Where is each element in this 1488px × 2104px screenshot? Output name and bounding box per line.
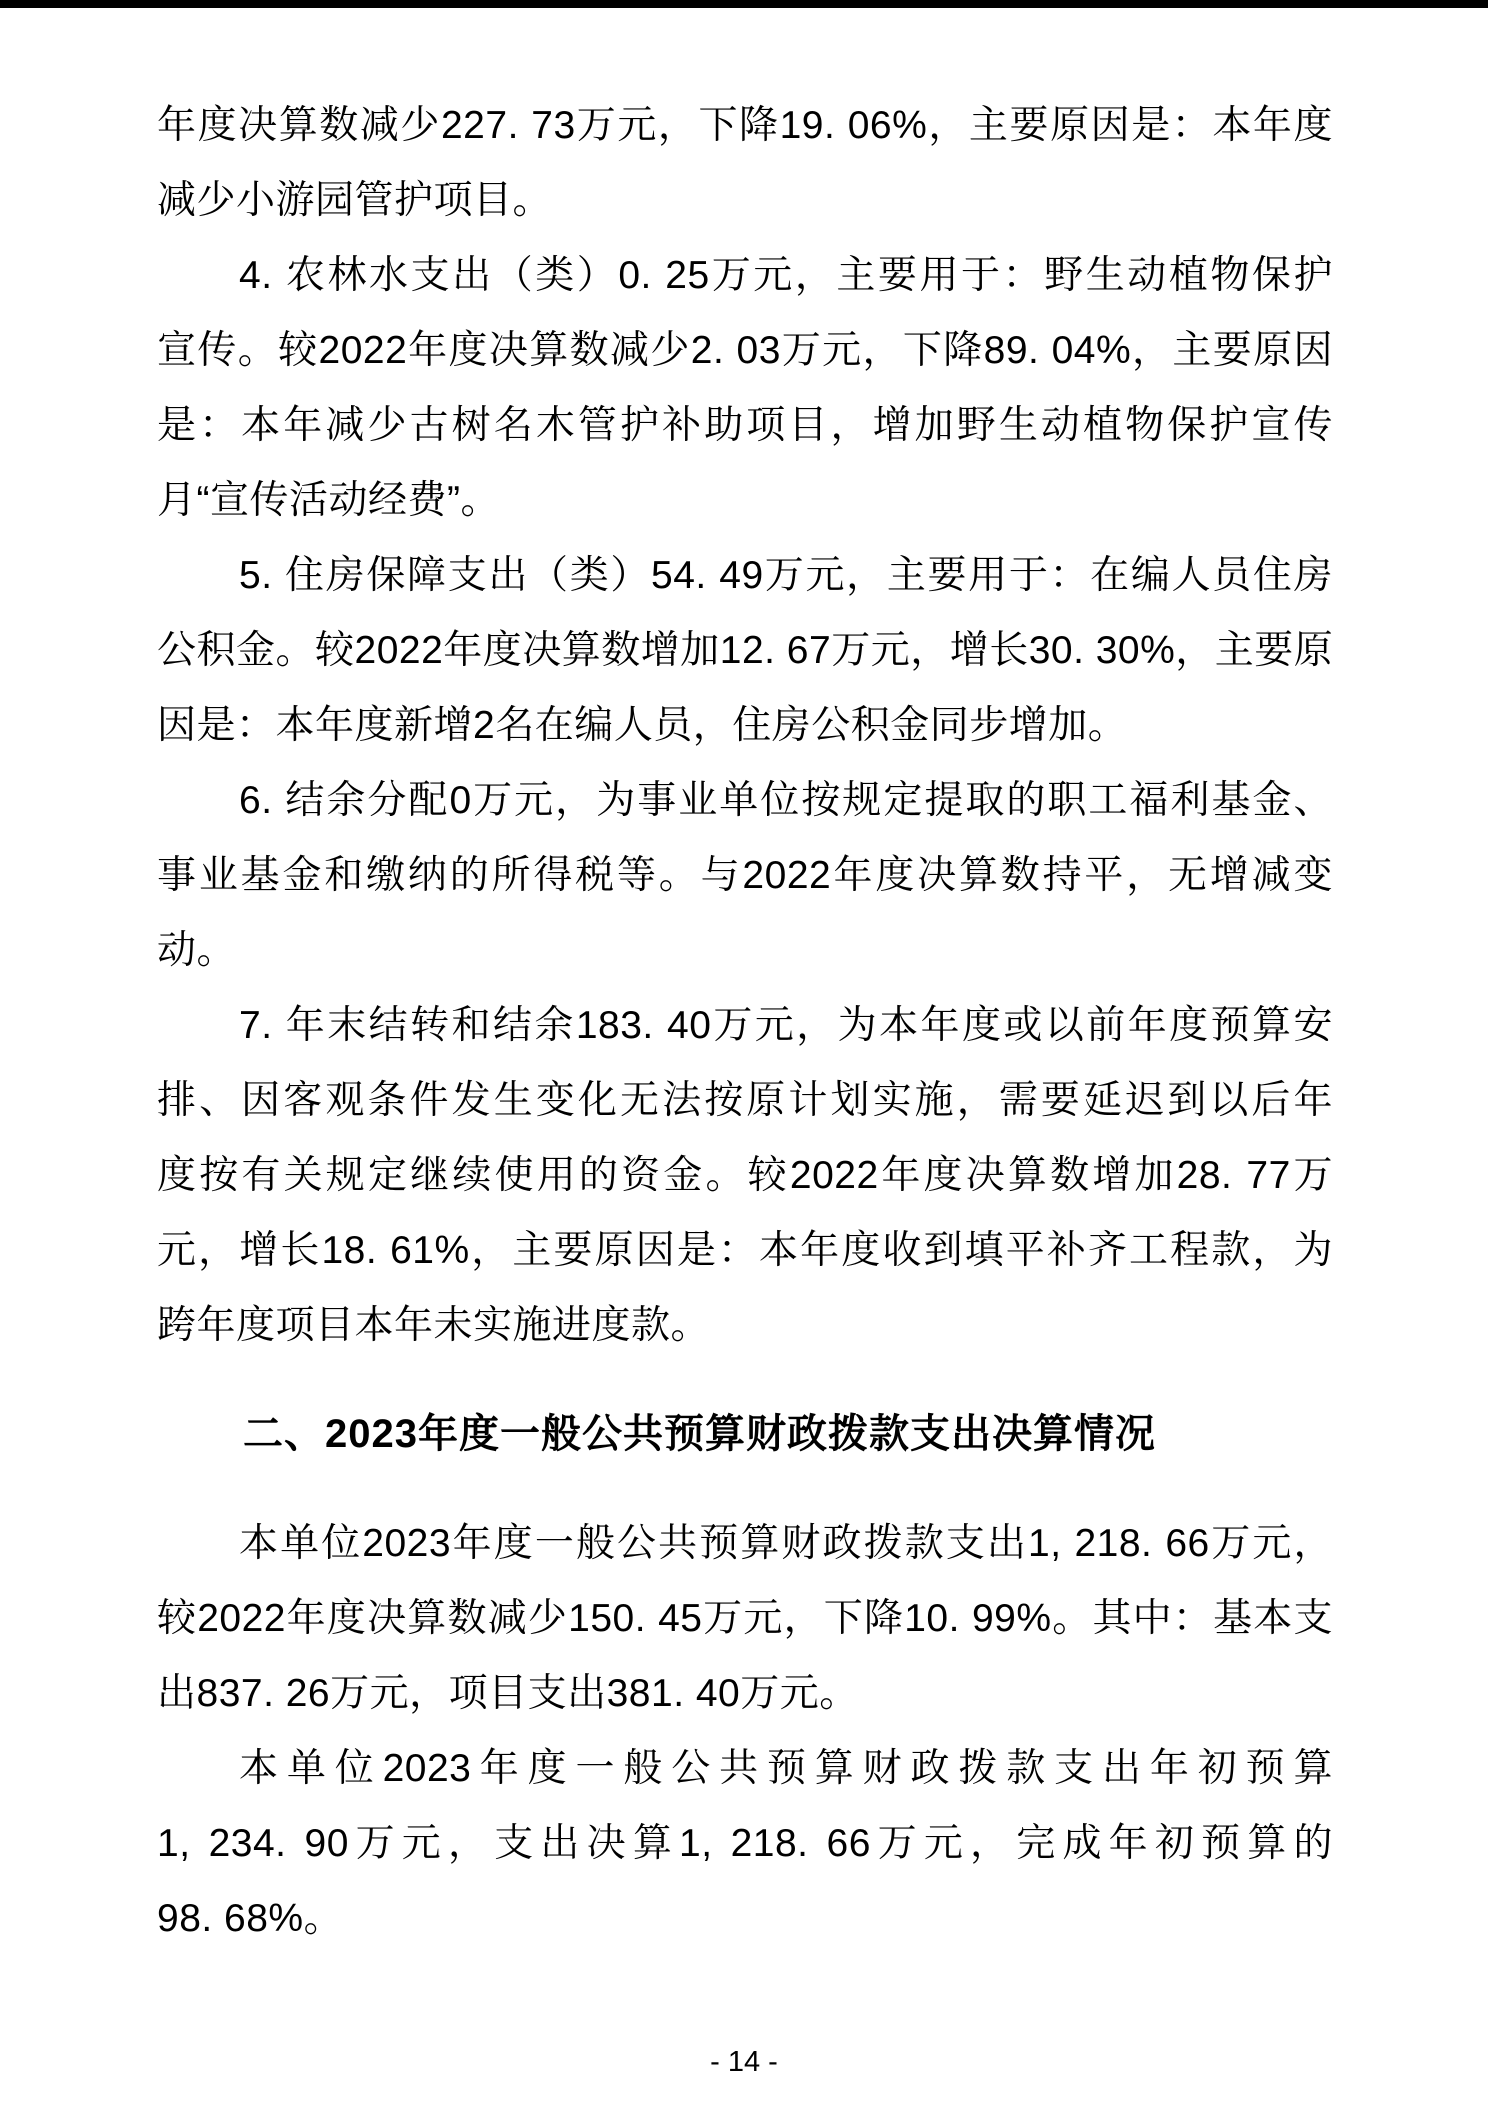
text-line: 4. 农林水支出（类）0. 25万元，主要用于：野生动植物保护	[157, 238, 1333, 313]
text-line: 公积金。较2022年度决算数增加12. 67万元，增长30. 30%，主要原	[157, 613, 1333, 688]
text-line: 1, 234. 90万元，支出决算1, 218. 66万元，完成年初预算的	[157, 1806, 1333, 1881]
text-line: 月“宣传活动经费”。	[157, 463, 1333, 538]
text-line: 98. 68%。	[157, 1881, 1333, 1956]
text-line: 7. 年末结转和结余183. 40万元，为本年度或以前年度预算安	[157, 988, 1333, 1063]
text-line: 出837. 26万元，项目支出381. 40万元。	[157, 1656, 1333, 1731]
paragraph: 4. 农林水支出（类）0. 25万元，主要用于：野生动植物保护宣传。较2022年…	[157, 238, 1333, 538]
text-line: 6. 结余分配0万元，为事业单位按规定提取的职工福利基金、	[157, 763, 1333, 838]
paragraph: 6. 结余分配0万元，为事业单位按规定提取的职工福利基金、事业基金和缴纳的所得税…	[157, 763, 1333, 988]
document-body: 年度决算数减少227. 73万元，下降19. 06%，主要原因是：本年度减少小游…	[157, 88, 1333, 1956]
text-line: 5. 住房保障支出（类）54. 49万元，主要用于：在编人员住房	[157, 538, 1333, 613]
text-line: 动。	[157, 913, 1333, 988]
text-line: 本单位2023年度一般公共预算财政拨款支出1, 218. 66万元，	[157, 1506, 1333, 1581]
text-line: 因是：本年度新增2名在编人员，住房公积金同步增加。	[157, 688, 1333, 763]
paragraph: 5. 住房保障支出（类）54. 49万元，主要用于：在编人员住房公积金。较202…	[157, 538, 1333, 763]
text-line: 事业基金和缴纳的所得税等。与2022年度决算数持平，无增减变	[157, 838, 1333, 913]
paragraph: 7. 年末结转和结余183. 40万元，为本年度或以前年度预算安排、因客观条件发…	[157, 988, 1333, 1363]
text-line: 排、因客观条件发生变化无法按原计划实施，需要延迟到以后年	[157, 1063, 1333, 1138]
text-line: 年度决算数减少227. 73万元，下降19. 06%，主要原因是：本年度	[157, 88, 1333, 163]
page-number: - 14 -	[710, 2046, 778, 2078]
text-line: 较2022年度决算数减少150. 45万元，下降10. 99%。其中：基本支	[157, 1581, 1333, 1656]
document-page: 年度决算数减少227. 73万元，下降19. 06%，主要原因是：本年度减少小游…	[0, 0, 1488, 2104]
text-line: 减少小游园管护项目。	[157, 163, 1333, 238]
text-line: 宣传。较2022年度决算数减少2. 03万元，下降89. 04%，主要原因	[157, 313, 1333, 388]
text-line: 跨年度项目本年未实施进度款。	[157, 1288, 1333, 1363]
text-line: 是：本年减少古树名木管护补助项目，增加野生动植物保护宣传	[157, 388, 1333, 463]
text-line: 元，增长18. 61%，主要原因是：本年度收到填平补齐工程款，为	[157, 1213, 1333, 1288]
paragraph: 年度决算数减少227. 73万元，下降19. 06%，主要原因是：本年度减少小游…	[157, 88, 1333, 238]
paragraph: 本单位2023年度一般公共预算财政拨款支出年初预算1, 234. 90万元，支出…	[157, 1731, 1333, 1956]
text-line: 本单位2023年度一般公共预算财政拨款支出年初预算	[157, 1731, 1333, 1806]
paragraph: 本单位2023年度一般公共预算财政拨款支出1, 218. 66万元，较2022年…	[157, 1506, 1333, 1731]
page-footer: - 14 -	[0, 2044, 1488, 2080]
page-top-edge	[0, 0, 1488, 8]
section-heading: 二、2023年度一般公共预算财政拨款支出决算情况	[157, 1397, 1333, 1472]
text-line: 度按有关规定继续使用的资金。较2022年度决算数增加28. 77万	[157, 1138, 1333, 1213]
